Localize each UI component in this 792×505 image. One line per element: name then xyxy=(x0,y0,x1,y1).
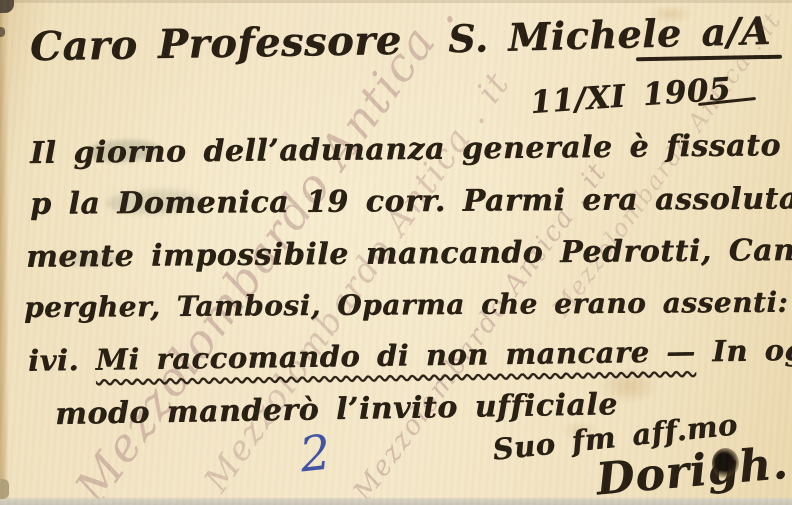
body-line-4: pergher, Tambosi, Oparma che erano assen… xyxy=(24,285,792,324)
body-line-3: mente impossibile mancando Pedrotti, Can… xyxy=(26,232,792,274)
dateline-place: S. Michele a/A xyxy=(447,8,771,61)
body-line-5-start: ivi. xyxy=(28,343,96,378)
watermark-text: Mezzolombardo Antica . it xyxy=(197,64,519,499)
underlined-phrase: Mi raccomando di non mancare — xyxy=(95,334,695,376)
postcard-scan: Mezzolombardo Antica . it Mezzolombardo … xyxy=(0,0,792,505)
edge-speck xyxy=(0,479,9,499)
scan-edge-left xyxy=(0,0,9,505)
body-line-1: Il giorno dell’adunanza generale è fissa… xyxy=(30,128,781,171)
dateline-date: 11/XI 1905 xyxy=(529,71,732,121)
edge-speck xyxy=(0,0,14,13)
scan-edge-top xyxy=(0,0,792,3)
body-line-6: modo manderò l’invito ufficiale xyxy=(55,387,618,432)
salutation: Caro Professore xyxy=(30,17,402,70)
scan-edge-bottom xyxy=(0,497,792,505)
pencil-number: 2 xyxy=(297,425,333,484)
body-line-5: ivi. Mi raccomando di non mancare — In o… xyxy=(28,332,792,377)
body-line-5-end: In ogni xyxy=(695,332,792,368)
ink-blot xyxy=(712,448,739,479)
body-line-2: p la Domenica 19 corr. Parmi era assolut… xyxy=(30,181,792,221)
